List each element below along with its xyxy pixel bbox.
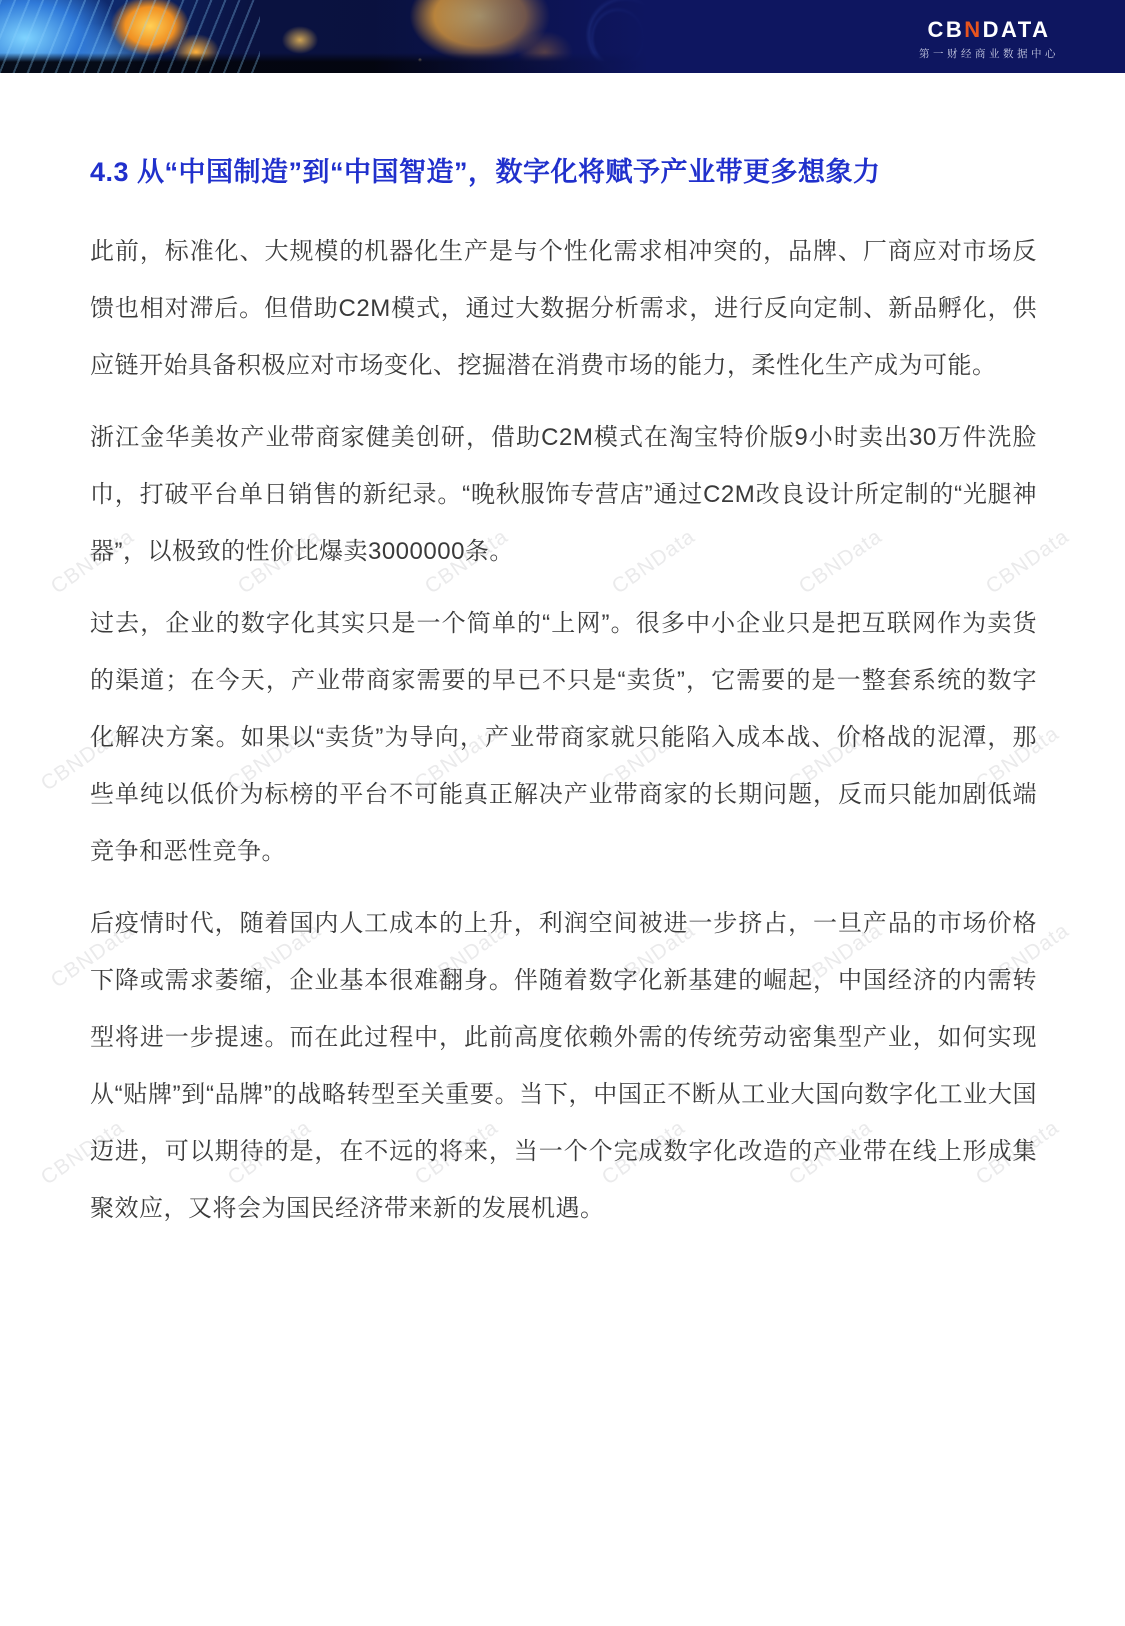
logo-part1: CB [927, 17, 964, 42]
body-paragraph-2: 浙江金华美妆产业带商家健美创研，借助C2M模式在淘宝特价版9小时卖出30万件洗脸… [90, 409, 1037, 580]
header-artwork-image [0, 0, 720, 73]
body-paragraph-3: 过去，企业的数字化其实只是一个简单的“上网”。很多中小企业只是把互联网作为卖货的… [90, 595, 1037, 880]
body-paragraph-4: 后疫情时代，随着国内人工成本的上升，利润空间被进一步挤占，一旦产品的市场价格下降… [90, 895, 1037, 1237]
cbndata-logo: CBNDATA 第一财经商业数据中心 [919, 17, 1059, 61]
logo-part2: DATA [983, 17, 1051, 42]
logo-text: CBNDATA [919, 17, 1059, 43]
page-title: 4.3 从“中国制造”到“中国智造”，数字化将赋予产业带更多想象力 [90, 155, 1037, 189]
body-paragraph-1: 此前，标准化、大规模的机器化生产是与个性化需求相冲突的，品牌、厂商应对市场反馈也… [90, 223, 1037, 394]
logo-accent-n: N [964, 17, 982, 42]
report-header: CBNDATA 第一财经商业数据中心 [0, 0, 1125, 73]
document-body: 4.3 从“中国制造”到“中国智造”，数字化将赋予产业带更多想象力 此前，标准化… [0, 73, 1125, 1252]
logo-subtitle: 第一财经商业数据中心 [919, 46, 1059, 61]
